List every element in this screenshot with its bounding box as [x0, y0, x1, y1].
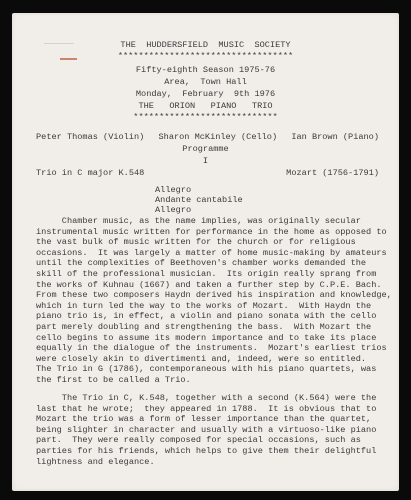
ensemble-name: THE ORION PIANO TRIO — [12, 101, 399, 112]
notes-line: which in turn led the way to the works o… — [36, 301, 392, 312]
notes-line: the works of Kuhnau (1667) and taken a f… — [36, 280, 392, 291]
notes-line: last that he wrote; they appeared in 178… — [36, 404, 376, 415]
stars-divider-1: ********************************** — [12, 51, 399, 62]
work-composer: Mozart (1756-1791) — [286, 168, 379, 178]
date-line: Monday, February 9th 1976 — [12, 89, 399, 100]
notes-line: Mozart the trio was a form of lesser imp… — [36, 414, 376, 425]
notes-line: the vast bulk of music written for the c… — [36, 237, 392, 248]
notes-line: skill of the professional musician. Its … — [36, 269, 392, 280]
notes-line: equally in the dialogue of the instrumen… — [36, 343, 392, 354]
performer-violin: Peter Thomas (Violin) — [36, 132, 144, 142]
notes-line: part. They were really composed for spec… — [36, 435, 376, 446]
notes-line: piano trio is, in effect, a violin and p… — [36, 311, 392, 322]
venue-line: Area, Town Hall — [12, 77, 399, 88]
notes-line: part merely doubling and strengthening t… — [36, 322, 392, 333]
notes-line: parties for his friends, which helps to … — [36, 446, 376, 457]
notes-line: occasions. It was largely a matter of ho… — [36, 248, 392, 259]
notes-line: until the complexities of Beethoven's ch… — [36, 258, 392, 269]
notes-line: From these two composers Haydn derived h… — [36, 290, 392, 301]
notes-line: were closely akin to divertimenti and, i… — [36, 354, 392, 365]
work-title: Trio in C major K.548 — [36, 168, 144, 178]
programme-part: I — [12, 156, 399, 167]
notes-line: cello begins to assume its modern import… — [36, 333, 392, 344]
work-row: Trio in C major K.548 Mozart (1756-1791) — [36, 168, 379, 178]
programme-heading: Programme — [12, 144, 399, 155]
notes-line: instrumental music written for performan… — [36, 227, 392, 238]
notes-line: lightness and elegance. — [36, 457, 376, 468]
notes-line: being slighter in character and usually … — [36, 425, 376, 436]
performer-cello: Sharon McKinley (Cello) — [159, 132, 278, 142]
society-title: THE HUDDERSFIELD MUSIC SOCIETY — [12, 40, 399, 51]
notes-line: The Trio in G (1786), contemporaneous wi… — [36, 364, 392, 375]
performers-row: Peter Thomas (Violin) Sharon McKinley (C… — [36, 132, 379, 142]
notes-paragraph-1: Chamber music, as the name implies, was … — [36, 216, 392, 386]
performer-piano: Ian Brown (Piano) — [291, 132, 379, 142]
programme-page: THE HUDDERSFIELD MUSIC SOCIETY *********… — [12, 13, 399, 491]
notes-line: the first to be called a Trio. — [36, 375, 392, 386]
notes-paragraph-2: The Trio in C, K.548, together with a se… — [36, 393, 376, 467]
stars-divider-2: **************************** — [12, 112, 399, 123]
season-line: Fifty-eighth Season 1975-76 — [12, 65, 399, 76]
notes-line: The Trio in C, K.548, together with a se… — [36, 393, 376, 404]
notes-line: Chamber music, as the name implies, was … — [36, 216, 392, 227]
movement-3: Allegro — [155, 205, 191, 216]
movement-2: Andante cantabile — [155, 195, 243, 206]
movement-1: Allegro — [155, 185, 191, 196]
